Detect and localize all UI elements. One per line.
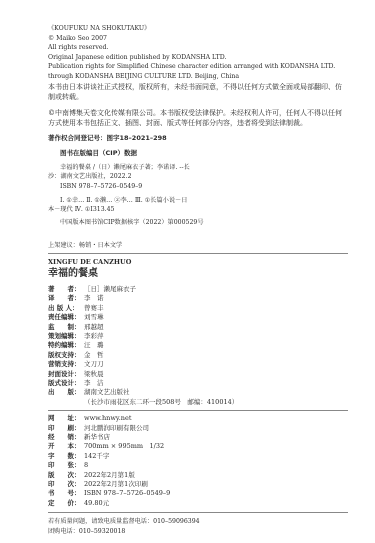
credit-row: 译 者：李 诺 [48, 294, 348, 303]
title-pinyin: XINGFU DE CANZHUO [48, 258, 348, 267]
credit-row: 版式设计：李 洁 [48, 379, 348, 388]
rights-block: 《KOUFUKU NA SHOKUTAKU》 © Maiko Seo 2007 … [48, 24, 348, 128]
divider [48, 253, 348, 254]
cip-line: Ⅰ. ①幸… Ⅱ. ①濑… ②李… Ⅲ. ①长篇小说－日 [48, 196, 348, 206]
cip-isbn: ISBN 978–7–5726–0549–9 [48, 182, 348, 192]
group-purchase-phone: 团购电话：010–59320018 [48, 527, 348, 537]
spec-row: 印 刷：河北鹏润印刷有限公司 [48, 424, 348, 433]
credit-row: 著 者：［日］濑尾麻衣子 [48, 285, 348, 294]
credit-row: 版权支持：金 哲 [48, 351, 348, 360]
quality-hotline: 若有质量问题，请致电质量监督电话：010–59096394 [48, 517, 348, 527]
spec-row: 开 本：700mm × 995mm 1/32 [48, 442, 348, 451]
cip-line: 幸福的餐桌 /（日）濑尾麻衣子著；李诺译. --长 [48, 163, 348, 173]
spec-row: 字 数：142千字 [48, 452, 348, 461]
rights-line: © Maiko Seo 2007 [48, 34, 348, 44]
credit-row: 出 版 人：曾赛丰 [48, 304, 348, 313]
spec-row: 经 销：新华书店 [48, 433, 348, 442]
credit-row: 策划编辑：李彩萍 [48, 332, 348, 341]
spec-row: 印 次：2022年2月第1次印刷 [48, 480, 348, 489]
rights-line: All rights reserved. [48, 43, 348, 53]
spec-row: 网 址：www.hnwy.net [48, 414, 348, 423]
shelf-suggestion: 上架建议：畅销・日本文学 [48, 241, 348, 251]
credit-row: 营销支持：文刀刀 [48, 360, 348, 369]
cip-line: 本－现代 Ⅳ. ①I313.45 [48, 205, 348, 215]
credit-row: 出 版：湖南文艺出版社 [48, 388, 348, 397]
publisher-address: （长沙市雨花区东二环一段508号 邮编：410014） [48, 398, 348, 407]
book-title: 幸福的餐桌 [48, 267, 348, 281]
spec-row: 书 号：ISBN 978–7–5726–0549–9 [48, 489, 348, 498]
cip-line: 沙：湖南文艺出版社，2022.2 [48, 172, 348, 182]
spec-row: 定 价：49.80元 [48, 499, 348, 508]
rights-line: Publication rights for Simplified Chines… [48, 62, 348, 72]
cn-authorization-notice: 本书由日本讲谈社正式授权，版权所有，未经书面同意，不得以任何方式做全面或局部翻印… [48, 82, 348, 102]
rights-line: through KODANSHA BEIJING CULTURE LTD. Be… [48, 72, 348, 82]
credit-row: 特约编辑：汪 璐 [48, 341, 348, 350]
cip-check-number: 中国版本图书馆CIP数据核字（2022）第000529号 [48, 218, 348, 228]
cip-heading: 图书在版编目（CIP）数据 [48, 149, 348, 159]
spec-row: 印 张：8 [48, 461, 348, 470]
spec-row: 版 次：2022年2月第1版 [48, 471, 348, 480]
divider [48, 410, 348, 411]
divider [48, 512, 348, 513]
copyright-page: 《KOUFUKU NA SHOKUTAKU》 © Maiko Seo 2007 … [48, 24, 348, 536]
cip-block: 图书在版编目（CIP）数据 幸福的餐桌 /（日）濑尾麻衣子著；李诺译. --长 … [48, 149, 348, 227]
registration-number: 著作权合同登记号：图字18–2021–298 [48, 134, 348, 144]
credit-row: 责任编辑：刘雪琳 [48, 313, 348, 322]
publisher-legal-notice: ©中南博集天卷文化传媒有限公司。本书版权受法律保护。未经权利人许可，任何人不得以… [48, 108, 348, 128]
credit-row: 封面设计：梁秋晨 [48, 370, 348, 379]
specs-list: 网 址：www.hnwy.net 印 刷：河北鹏润印刷有限公司 经 销：新华书店… [48, 414, 348, 508]
rights-line: Original Japanese edition published by K… [48, 53, 348, 63]
rights-line: 《KOUFUKU NA SHOKUTAKU》 [48, 24, 348, 34]
credits-list: 著 者：［日］濑尾麻衣子 译 者：李 诺 出 版 人：曾赛丰 责任编辑：刘雪琳 … [48, 285, 348, 407]
credit-row: 监 制：邢越超 [48, 323, 348, 332]
